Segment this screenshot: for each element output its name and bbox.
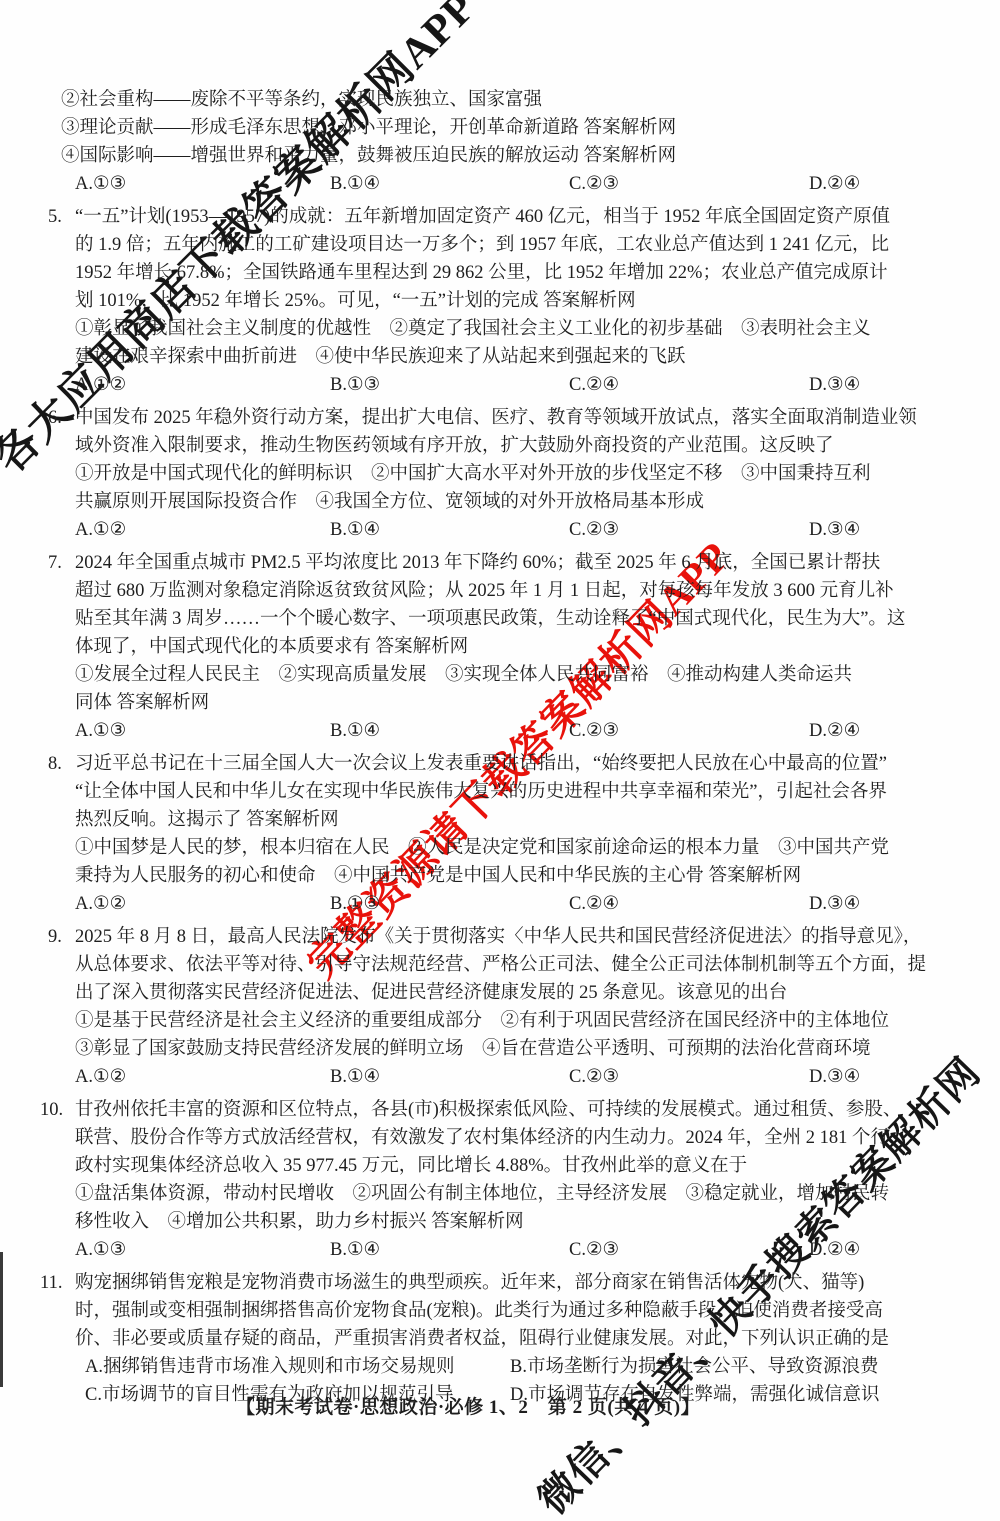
option-label: C.②③ — [569, 717, 619, 745]
option-label: C.②④ — [569, 371, 619, 399]
exam-page: 各大应用商店下载答案解析网APP 完整资源请下载答案解析网APP 微信、抖音、快… — [0, 0, 1000, 1521]
question-text: 2024 年全国重点城市 PM2.5 平均浓度比 2013 年下降约 60%；截… — [75, 553, 880, 573]
question-first-line: 11.购宠捆绑销售宠粮是宠物消费市场滋生的典型顽疾。近年来，部分商家在销售活体宠… — [75, 1269, 955, 1297]
option-label: C.②③ — [569, 516, 619, 544]
list-item: ③理论贡献——形成毛泽东思想、邓小平理论，开创革命新道路 答案解析网 — [61, 114, 955, 142]
question-text-line: 域外资准入限制要求，推动生物医药领域有序开放，扩大鼓励外商投资的产业范围。这反映… — [75, 432, 955, 460]
option-label: B.①④ — [330, 516, 380, 544]
question-text-line: 划 101%，比 1952 年增长 25%。可见，“一五”计划的完成 答案解析网 — [75, 287, 955, 315]
option-label: A.①③ — [75, 170, 126, 198]
question-text-line: 1952 年增长 67.8%；全国铁路通车里程达到 29 862 公里，比 19… — [75, 259, 955, 287]
option-label: D.②④ — [809, 717, 860, 745]
question-first-line: 5.“一五”计划(1953—1957)的成就：五年新增加固定资产 460 亿元，… — [75, 203, 955, 231]
question-text-line: 的 1.9 倍；五年内施工的工矿建设项目达一万多个；到 1957 年底，工农业总… — [75, 231, 955, 259]
option-label: B.①④ — [330, 1236, 380, 1264]
option-label: A.①③ — [75, 717, 126, 745]
list-item: ②社会重构——废除不平等条约，实现民族独立、国家富强 — [61, 86, 955, 114]
option-label: D.②④ — [809, 1236, 860, 1264]
question-text-line: 价、非必要或质量存疑的商品，严重损害消费者权益，阻碍行业健康发展。对此，下列认识… — [75, 1325, 955, 1353]
question-text: 甘孜州依托丰富的资源和区位特点，各县(市)积极探索低风险、可持续的发展模式。通过… — [75, 1100, 901, 1120]
option-label: C.②④ — [569, 890, 619, 918]
question-number: 7. — [48, 549, 62, 577]
question-text: 购宠捆绑销售宠粮是宠物消费市场滋生的典型顽疾。近年来，部分商家在销售活体宠物(犬… — [75, 1273, 864, 1293]
question-text: 2025 年 8 月 8 日，最高人民法院发布《关于贯彻落实〈中华人民共和国民营… — [75, 927, 921, 947]
options-row: A.捆绑销售违背市场准入规则和市场交易规则B.市场垄断行为损害社会公平、导致资源… — [75, 1353, 955, 1381]
question-number: 9. — [48, 923, 62, 951]
options-row: A.①②B.①③C.②④D.③④ — [75, 371, 955, 399]
option-label: D.②④ — [809, 170, 860, 198]
option-label: B.①③ — [330, 890, 380, 918]
question-first-line: 10.甘孜州依托丰富的资源和区位特点，各县(市)积极探索低风险、可持续的发展模式… — [75, 1096, 955, 1124]
question-number: 8. — [48, 750, 62, 778]
option-label: A.①② — [75, 371, 126, 399]
question-first-line: 8.习近平总书记在十三届全国人大一次会议上发表重要讲话指出，“始终要把人民放在心… — [75, 750, 955, 778]
question-text-line: ①开放是中国式现代化的鲜明标识 ②中国扩大高水平对外开放的步伐坚定不移 ③中国秉… — [75, 460, 955, 488]
question-text-line: 出了深入贯彻落实民营经济促进法、促进民营经济健康发展的 25 条意见。该意见的出… — [75, 979, 955, 1007]
option-label: C.②③ — [569, 1063, 619, 1091]
option-label: B.市场垄断行为损害社会公平、导致资源浪费 — [510, 1353, 878, 1381]
option-label: B.①④ — [330, 170, 380, 198]
option-label: D.③④ — [809, 890, 860, 918]
option-label: A.①③ — [75, 1236, 126, 1264]
question-text-line: 超过 680 万监测对象稳定消除返贫致贫风险；从 2025 年 1 月 1 日起… — [75, 577, 955, 605]
question-number: 5. — [48, 203, 62, 231]
question-first-line: 6.中国发布 2025 年稳外资行动方案，提出扩大电信、医疗、教育等领域开放试点… — [75, 404, 955, 432]
exam-content: ②社会重构——废除不平等条约，实现民族独立、国家富强③理论贡献——形成毛泽东思想… — [75, 86, 955, 1409]
option-label: B.①③ — [330, 371, 380, 399]
option-label: C.②③ — [569, 1236, 619, 1264]
option-label: A.①② — [75, 890, 126, 918]
option-label: B.①④ — [330, 717, 380, 745]
question-number: 10. — [40, 1096, 63, 1124]
question-text-line: 时，强制或变相强制捆绑搭售高价宠物食品(宠粮)。此类行为通过多种隐蔽手段，迫使消… — [75, 1297, 955, 1325]
options-row: A.①③B.①④C.②③D.②④ — [75, 1236, 955, 1264]
question-number: 6. — [48, 404, 62, 432]
question-text-line: 同体 答案解析网 — [75, 689, 955, 717]
question-text-line: 从总体要求、依法平等对待、引导守法规范经营、严格公正司法、健全公正司法体制机制等… — [75, 951, 955, 979]
question-text-line: ①发展全过程人民民主 ②实现高质量发展 ③实现全体人民共同富裕 ④推动构建人类命… — [75, 661, 955, 689]
option-label: A.捆绑销售违背市场准入规则和市场交易规则 — [85, 1353, 455, 1381]
question-first-line: 7.2024 年全国重点城市 PM2.5 平均浓度比 2013 年下降约 60%… — [75, 549, 955, 577]
page-footer: 【期末考试卷·思想政治·必修 1、2 第 2 页(共 4 页)】 — [236, 1392, 700, 1419]
question-text-line: ①中国梦是人民的梦，根本归宿在人民 ②人民是决定党和国家前途命运的根本力量 ③中… — [75, 834, 955, 862]
option-label: A.①② — [75, 516, 126, 544]
scan-edge-artifact — [0, 1252, 3, 1387]
question-text-line: “让全体中国人民和中华儿女在实现中华民族伟大复兴的历史进程中共享幸福和荣光”，引… — [75, 778, 955, 806]
question-text: 习近平总书记在十三届全国人大一次会议上发表重要讲话指出，“始终要把人民放在心中最… — [75, 754, 887, 774]
list-item: ④国际影响——增强世界和平力量，鼓舞被压迫民族的解放运动 答案解析网 — [61, 142, 955, 170]
question-text-line: ①是基于民营经济是社会主义经济的重要组成部分 ②有利于巩固民营经济在国民经济中的… — [75, 1007, 955, 1035]
options-row: A.①②B.①④C.②③D.③④ — [75, 1063, 955, 1091]
option-label: C.②③ — [569, 170, 619, 198]
question-text-line: 贴至其年满 3 周岁……一个个暖心数字、一项项惠民政策，生动诠释了“中国式现代化… — [75, 605, 955, 633]
options-row: A.①③B.①④C.②③D.②④ — [75, 170, 955, 198]
question-first-line: 9.2025 年 8 月 8 日，最高人民法院发布《关于贯彻落实〈中华人民共和国… — [75, 923, 955, 951]
question-number: 11. — [40, 1269, 62, 1297]
question-text-line: ③彰显了国家鼓励支持民营经济发展的鲜明立场 ④旨在营造公平透明、可预期的法治化营… — [75, 1035, 955, 1063]
options-row: A.①②B.①③C.②④D.③④ — [75, 890, 955, 918]
question-text: “一五”计划(1953—1957)的成就：五年新增加固定资产 460 亿元，相当… — [75, 207, 890, 227]
question-text-line: 移性收入 ④增加公共积累，助力乡村振兴 答案解析网 — [75, 1208, 955, 1236]
question-text-line: 共赢原则开展国际投资合作 ④我国全方位、宽领域的对外开放格局基本形成 — [75, 488, 955, 516]
question-text-line: ①盘活集体资源，带动村民增收 ②巩固公有制主体地位，主导经济发展 ③稳定就业，增… — [75, 1180, 955, 1208]
option-label: A.①② — [75, 1063, 126, 1091]
question-text-line: ①彰显了我国社会主义制度的优越性 ②奠定了我国社会主义工业化的初步基础 ③表明社… — [75, 315, 955, 343]
options-row: A.①③B.①④C.②③D.②④ — [75, 717, 955, 745]
option-label: D.③④ — [809, 516, 860, 544]
question-text-line: 体现了，中国式现代化的本质要求有 答案解析网 — [75, 633, 955, 661]
option-label: D.③④ — [809, 1063, 860, 1091]
question-text-line: 联营、股份合作等方式放活经营权，有效激发了农村集体经济的内生动力。2024 年，… — [75, 1124, 955, 1152]
option-label: D.③④ — [809, 371, 860, 399]
question-text: 中国发布 2025 年稳外资行动方案，提出扩大电信、医疗、教育等领域开放试点，落… — [75, 408, 917, 428]
footer-text: 【期末考试卷·思想政治·必修 1、2 第 2 页(共 4 页)】 — [236, 1397, 700, 1418]
question-text-line: 政村实现集体经济总收入 35 977.45 万元，同比增长 4.88%。甘孜州此… — [75, 1152, 955, 1180]
question-text-line: 热烈反响。这揭示了 答案解析网 — [75, 806, 955, 834]
question-text-line: 建设在艰辛探索中曲折前进 ④使中华民族迎来了从站起来到强起来的飞跃 — [75, 343, 955, 371]
options-row: A.①②B.①④C.②③D.③④ — [75, 516, 955, 544]
question-text-line: 秉持为人民服务的初心和使命 ④中国共产党是中国人民和中华民族的主心骨 答案解析网 — [75, 862, 955, 890]
option-label: B.①④ — [330, 1063, 380, 1091]
